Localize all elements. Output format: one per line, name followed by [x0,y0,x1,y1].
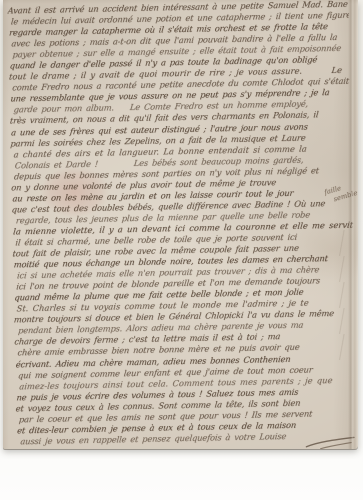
letter-page: Avant il est arrivé un accident bien int… [3,0,358,449]
paper-fold-crease [348,0,354,449]
handwriting-lines: Avant il est arrivé un accident bien int… [8,0,358,449]
